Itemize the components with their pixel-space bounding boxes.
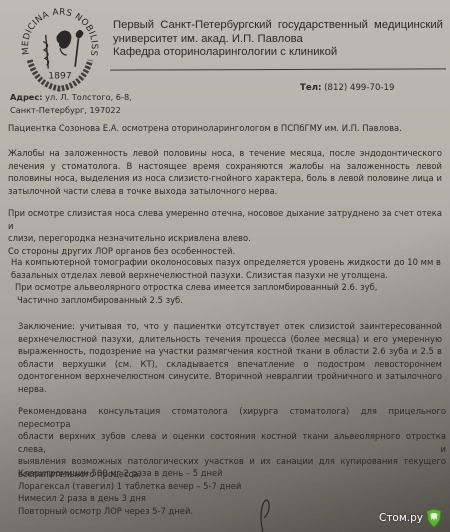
text-line: нерва. <box>18 383 442 396</box>
institution-line-1: Первый Санкт-Петербургский государственн… <box>113 19 443 33</box>
intro-line: Пациентка Созонова Е.А. осмотрена оторин… <box>8 122 442 135</box>
tooth-shield-icon <box>426 509 442 527</box>
text-line: Частично запломбированный 2.5 зуб. <box>11 294 441 307</box>
institution-header: Первый Санкт-Петербургский государственн… <box>113 19 448 60</box>
institution-line-2: университет им. акад. И.П. Павлова <box>113 33 448 47</box>
telephone: Тел: (812) 499-70-19 <box>300 83 394 93</box>
text-line: лечения у стоматолога. В настоящее время… <box>8 160 442 173</box>
department-line: Кафедра оториноларингологии с клиникой <box>113 46 448 60</box>
text-line: Рекомендована консультация стоматолога (… <box>18 405 446 430</box>
institution-word: Первый <box>113 19 154 33</box>
institution-word: Санкт-Петербургский <box>160 19 272 33</box>
medical-document: MEDICINA ARS NOBILISSIMA 1897 Первый Сан… <box>0 0 450 532</box>
examination-paragraph: При осмотре слизистая носа слева умеренн… <box>8 207 442 257</box>
text-line: выраженность, подозрение на участки разм… <box>18 345 442 358</box>
tel-label: Тел: <box>300 83 321 93</box>
address-label: Адрес: <box>10 92 43 102</box>
text-line: верхнечелюстной пазухи, длительность теч… <box>18 333 442 346</box>
text-line: области верхних зубов слева и оценки сос… <box>18 430 446 455</box>
text-line: Заключение: учитывая то, что у пациентки… <box>18 320 442 333</box>
complaints-paragraph: Жалобы на заложенность левой половины но… <box>8 147 442 197</box>
address-city: Санкт-Петербург, 197022 <box>10 104 132 117</box>
university-seal-icon: MEDICINA ARS NOBILISSIMA 1897 <box>18 8 102 92</box>
text-line: затылочной части слева в точке выхода за… <box>8 185 442 198</box>
header-divider <box>110 68 446 70</box>
text-line: базальных отделах левой верхнечелюстной … <box>11 269 441 282</box>
text-line: области верхушки (см. КТ), складывается … <box>18 358 442 371</box>
institution-word: медицинский <box>374 19 443 33</box>
text-line: На компьютерной томографии околоносовых … <box>11 256 441 269</box>
text-line: слизи, перегородка незначительно искривл… <box>8 232 442 245</box>
stom-ru-watermark: Стом.ру <box>379 509 442 527</box>
institution-word: государственный <box>278 19 368 33</box>
text-line: При осмотре слизистая носа слева умеренн… <box>8 207 442 232</box>
text-line: половины носа, выделения из носа слизист… <box>8 172 442 185</box>
address-street: ул. Л. Толстого, 6-8, <box>43 92 132 102</box>
text-line: При осмотре альвеолярного отростка слева… <box>11 281 441 294</box>
prescription-item: Кларитромицин 500 мг 2 раза в день – 5 д… <box>18 467 318 480</box>
conclusion-paragraph: Заключение: учитывая то, что у пациентки… <box>18 320 442 396</box>
svg-text:MEDICINA ARS NOBILISSIMA: MEDICINA ARS NOBILISSIMA <box>18 8 99 57</box>
watermark-label: Стом.ру <box>379 512 423 524</box>
ct-paragraph: На компьютерной томографии околоносовых … <box>11 256 441 306</box>
tel-value: (812) 499-70-19 <box>321 83 394 93</box>
address: Адрес: ул. Л. Толстого, 6-8, Санкт-Петер… <box>10 91 132 117</box>
seal-year: 1897 <box>48 71 72 82</box>
intro-paragraph: Пациентка Созонова Е.А. осмотрена оторин… <box>8 122 442 135</box>
prescription-item: Лорагексал (тавегил) 1 таблетка вечер – … <box>18 480 318 493</box>
signature-mark <box>255 496 275 532</box>
text-line: одонтогенном верхнечелюстном синусите. В… <box>18 370 442 383</box>
text-line: Жалобы на заложенность левой половины но… <box>8 147 442 160</box>
